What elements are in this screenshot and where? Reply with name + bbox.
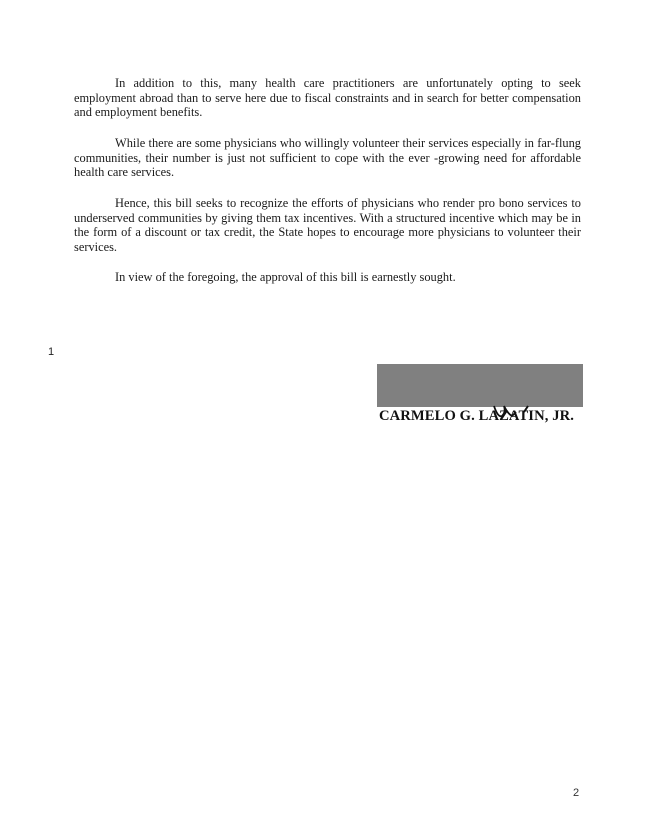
signature-redaction-box <box>377 364 583 407</box>
paragraph-practitioners-abroad: In addition to this, many health care pr… <box>74 76 581 120</box>
line-number: 1 <box>48 346 54 358</box>
page-number: 2 <box>573 787 579 799</box>
paragraph-bill-purpose: Hence, this bill seeks to recognize the … <box>74 196 581 254</box>
signatory-name: CARMELO G. LAZATIN, JR. <box>379 408 574 425</box>
paragraph-approval-sought: In view of the foregoing, the approval o… <box>74 270 581 285</box>
document-page: In addition to this, many health care pr… <box>0 0 656 820</box>
paragraph-volunteer-physicians: While there are some physicians who will… <box>74 136 581 180</box>
